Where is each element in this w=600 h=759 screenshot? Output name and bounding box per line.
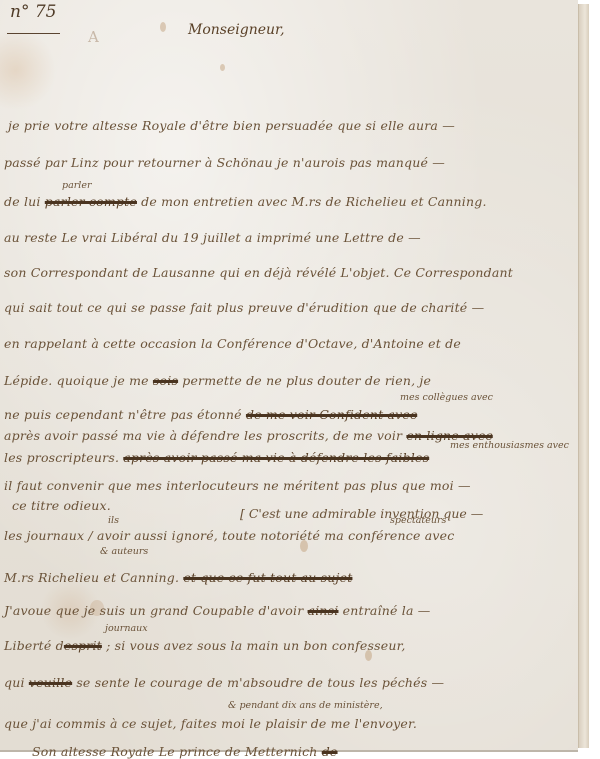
letter-line: de lui parler compte de mon entretien av… xyxy=(4,194,487,209)
line-text: après avoir passé ma vie à défendre les … xyxy=(4,428,406,443)
page-edge xyxy=(578,4,589,748)
line-text: de mon entretien avec M.rs de Richelieu … xyxy=(137,194,487,209)
struck-text: de me voir Confident avec xyxy=(246,407,417,422)
interlinear-note: & auteurs xyxy=(100,546,148,557)
bracket-note: [ C'est une admirable invention que — xyxy=(240,506,483,521)
letter-line: en rappelant à cette occasion la Confére… xyxy=(4,336,461,351)
struck-text: sois xyxy=(153,373,178,388)
line-text: entraîné la — xyxy=(338,603,430,618)
letter-line: il faut convenir que mes interlocuteurs … xyxy=(4,478,471,493)
number-underline xyxy=(7,33,60,34)
line-text: permette de ne plus douter de rien, je xyxy=(178,373,431,388)
letter-line: Liberté desprit ; si vous avez sous la m… xyxy=(4,638,406,653)
interlinear-note: parler xyxy=(62,180,92,191)
letter-line: son Correspondant de Lausanne qui en déj… xyxy=(4,265,513,280)
letter-line: je prie votre altesse Royale d'être bien… xyxy=(8,118,455,133)
interlinear-note: ils xyxy=(108,515,119,526)
struck-text: de xyxy=(322,744,338,759)
line-text: Liberté d xyxy=(4,638,64,653)
struck-text: esprit xyxy=(64,638,102,653)
line-text: M.rs Richelieu et Canning. xyxy=(4,570,183,585)
struck-text: après avoir passé ma vie à défendre les … xyxy=(123,450,429,465)
struck-text: et que ce fut tout au sujet xyxy=(183,570,352,585)
letter-line: ne puis cependant n'être pas étonné de m… xyxy=(4,407,417,422)
letter-line: M.rs Richelieu et Canning. et que ce fut… xyxy=(4,570,352,585)
line-text: ; si vous avez sous la main un bon confe… xyxy=(102,638,406,653)
letter-line: ce titre odieux. xyxy=(12,498,111,513)
letter-line: que j'ai commis à ce sujet, faites moi l… xyxy=(4,716,417,731)
struck-text: veuille xyxy=(29,675,72,690)
margin-mark: A xyxy=(88,28,99,46)
letter-line: après avoir passé ma vie à défendre les … xyxy=(4,428,493,443)
document-number: n° 75 xyxy=(10,2,56,22)
manuscript-page: n° 75 A Monseigneur, je prie votre altes… xyxy=(0,0,578,750)
line-text: Son altesse Royale Le prince de Metterni… xyxy=(32,744,322,759)
ink-stain xyxy=(220,64,225,71)
line-text: qui xyxy=(4,675,29,690)
letter-line: qui veuille se sente le courage de m'abs… xyxy=(4,675,444,690)
ink-stain xyxy=(160,22,166,32)
interlinear-note: & pendant dix ans de ministère, xyxy=(228,700,383,711)
letter-line: Son altesse Royale Le prince de Metterni… xyxy=(32,744,338,759)
letter-line: passé par Linz pour retourner à Schönau … xyxy=(4,155,445,170)
interlinear-note: mes enthousiasmes avec xyxy=(450,440,569,451)
letter-line: Lépide. quoique je me sois permette de n… xyxy=(4,373,431,388)
line-text: Lépide. quoique je me xyxy=(4,373,153,388)
line-text: se sente le courage de m'absoudre de tou… xyxy=(72,675,444,690)
struck-text: ainsi xyxy=(308,603,339,618)
salutation: Monseigneur, xyxy=(188,22,285,38)
letter-line: qui sait tout ce qui se passe fait plus … xyxy=(4,300,484,315)
interlinear-note: mes collègues avec xyxy=(400,392,493,403)
letter-line: les proscripteurs. après avoir passé ma … xyxy=(4,450,429,465)
line-text: les proscripteurs. xyxy=(4,450,123,465)
struck-text: parler compte xyxy=(45,194,137,209)
line-text: ne puis cependant n'être pas étonné xyxy=(4,407,246,422)
line-text: J'avoue que je suis un grand Coupable d'… xyxy=(4,603,308,618)
letter-line: J'avoue que je suis un grand Coupable d'… xyxy=(4,603,431,618)
line-text: de lui xyxy=(4,194,45,209)
interlinear-note: journaux xyxy=(105,623,148,634)
letter-line: au reste Le vrai Libéral du 19 juillet a… xyxy=(4,230,421,245)
letter-line: les journaux / avoir aussi ignoré, toute… xyxy=(4,528,454,543)
